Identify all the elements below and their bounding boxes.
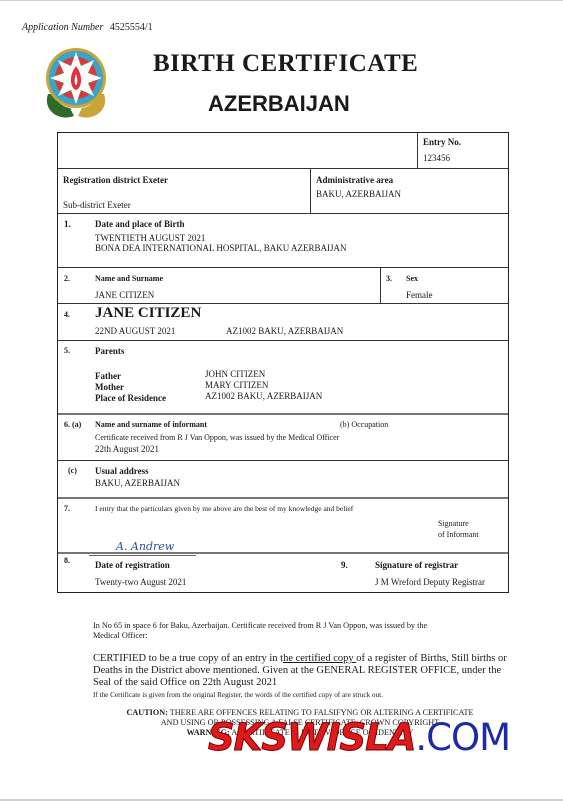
birth-date: TWENTIETH AUGUST 2021 [95,233,205,243]
entry-label: Entry No. [423,137,461,147]
registrar-label: Signature of registrar [375,560,458,570]
entry-row: Entry No. 123456 [58,133,508,168]
section-number: 5. [64,346,70,355]
occupation-label: (b) Occupation [340,420,388,429]
registration-date-label: Date of registration [95,560,170,570]
child-date: 22ND AUGUST 2021 [95,326,175,336]
section-6a-informant: 6. (a) Name and surname of informant (b)… [58,413,508,460]
address-label: Usual address [95,466,149,476]
certified-text-underlined: he certified copy [283,653,356,664]
section-number: 1. [64,219,71,229]
registration-date-value: Twenty-two August 2021 [95,577,186,587]
section-number: 4. [64,310,70,319]
address-value: BAKU, AZERBAIJAN [95,478,180,488]
section-2-3-name-sex: 2. Name and Surname JANE CITIZEN 3. Sex … [58,267,508,303]
sex-value: Female [406,290,433,300]
watermark-red: SKSWISLA [208,716,415,759]
registrar-value: J M Wreford Deputy Registrar [375,577,485,587]
birth-label: Date and place of Birth [95,219,185,229]
section-number: 9. [341,560,348,570]
note-line-2: Medical Officer: [93,631,148,640]
section-number: 7. [64,504,70,513]
entry-value: 123456 [423,153,450,163]
application-number-label: Application Number [22,22,103,33]
name-label: Name and Surname [95,274,163,283]
section-5-parents: 5. Parents Father JOHN CITIZEN Mother MA… [58,340,508,413]
watermark: SKSWISLA.COM [208,716,510,759]
section-number: 8. [64,556,70,565]
certified-footnote: If the Certificate is given from the ori… [93,691,383,699]
birth-place: BONA DEA INTERNATIONAL HOSPITAL, BAKU AZ… [95,243,346,253]
sex-label: Sex [406,274,418,283]
father-value: JOHN CITIZEN [205,369,265,379]
section-number: 6. (a) [64,420,81,429]
residence-label: Place of Residence [95,393,166,403]
azerbaijan-coat-of-arms-icon [40,44,112,120]
watermark-blue: .COM [415,716,510,759]
child-name: JANE CITIZEN [95,305,201,322]
certified-text-pre: CERTIFIED to be a true copy of an entry … [93,653,283,664]
signature-line [89,555,196,556]
parents-label: Parents [95,346,124,356]
certified-statement: CERTIFIED to be a true copy of an entry … [93,653,513,701]
section-8-9-registration: 8. Date of registration Twenty-two Augus… [58,552,508,592]
informant-signature: A. Andrew [116,540,174,553]
informant-line-2: 22th August 2021 [95,444,159,454]
section-1-birth: 1. Date and place of Birth TWENTIETH AUG… [58,213,508,267]
section-number: 3. [386,274,392,283]
informant-line-1: Certificate received from R J Van Oppon,… [95,433,339,442]
registration-row: Registration district Exeter Sub-distric… [58,168,508,213]
registration-district: Registration district Exeter [63,175,168,185]
mother-label: Mother [95,382,124,392]
country-title: AZERBAIJAN [208,91,350,117]
informant-label: Name and surname of informant [95,420,207,429]
signature-label-2: of Informant [438,530,479,539]
section-4-child: 4. JANE CITIZEN 22ND AUGUST 2021 AZ1002 … [58,303,508,340]
name-value: JANE CITIZEN [95,290,154,300]
page-top-border [0,0,563,1]
application-number: Application Number 4525554/1 [22,22,153,33]
note-line-1: In No 65 in space 6 for Baku, Azerbaijan… [93,621,427,630]
admin-area-label: Administrative area [316,175,393,185]
residence-value: AZ1002 BAKU, AZERBAIJAN [205,391,322,401]
signature-label-1: Signature [438,519,469,528]
sub-district: Sub-district Exeter [63,200,131,210]
admin-area-value: BAKU, AZERBAIJAN [316,189,401,199]
section-number: 2. [64,274,70,283]
father-label: Father [95,371,121,381]
mother-value: MARY CITIZEN [205,380,268,390]
section-number: (c) [68,466,77,475]
declaration-text: I entry that the particulars given by me… [95,504,353,513]
caution-label: CAUTION: [126,708,167,717]
section-6c-address: (c) Usual address BAKU, AZERBAIJAN [58,460,508,497]
document-title: BIRTH CERTIFICATE [153,50,418,78]
certificate-table: Entry No. 123456 Registration district E… [57,132,509,593]
child-place: AZ1002 BAKU, AZERBAIJAN [226,326,343,336]
application-number-value: 4525554/1 [110,22,153,33]
